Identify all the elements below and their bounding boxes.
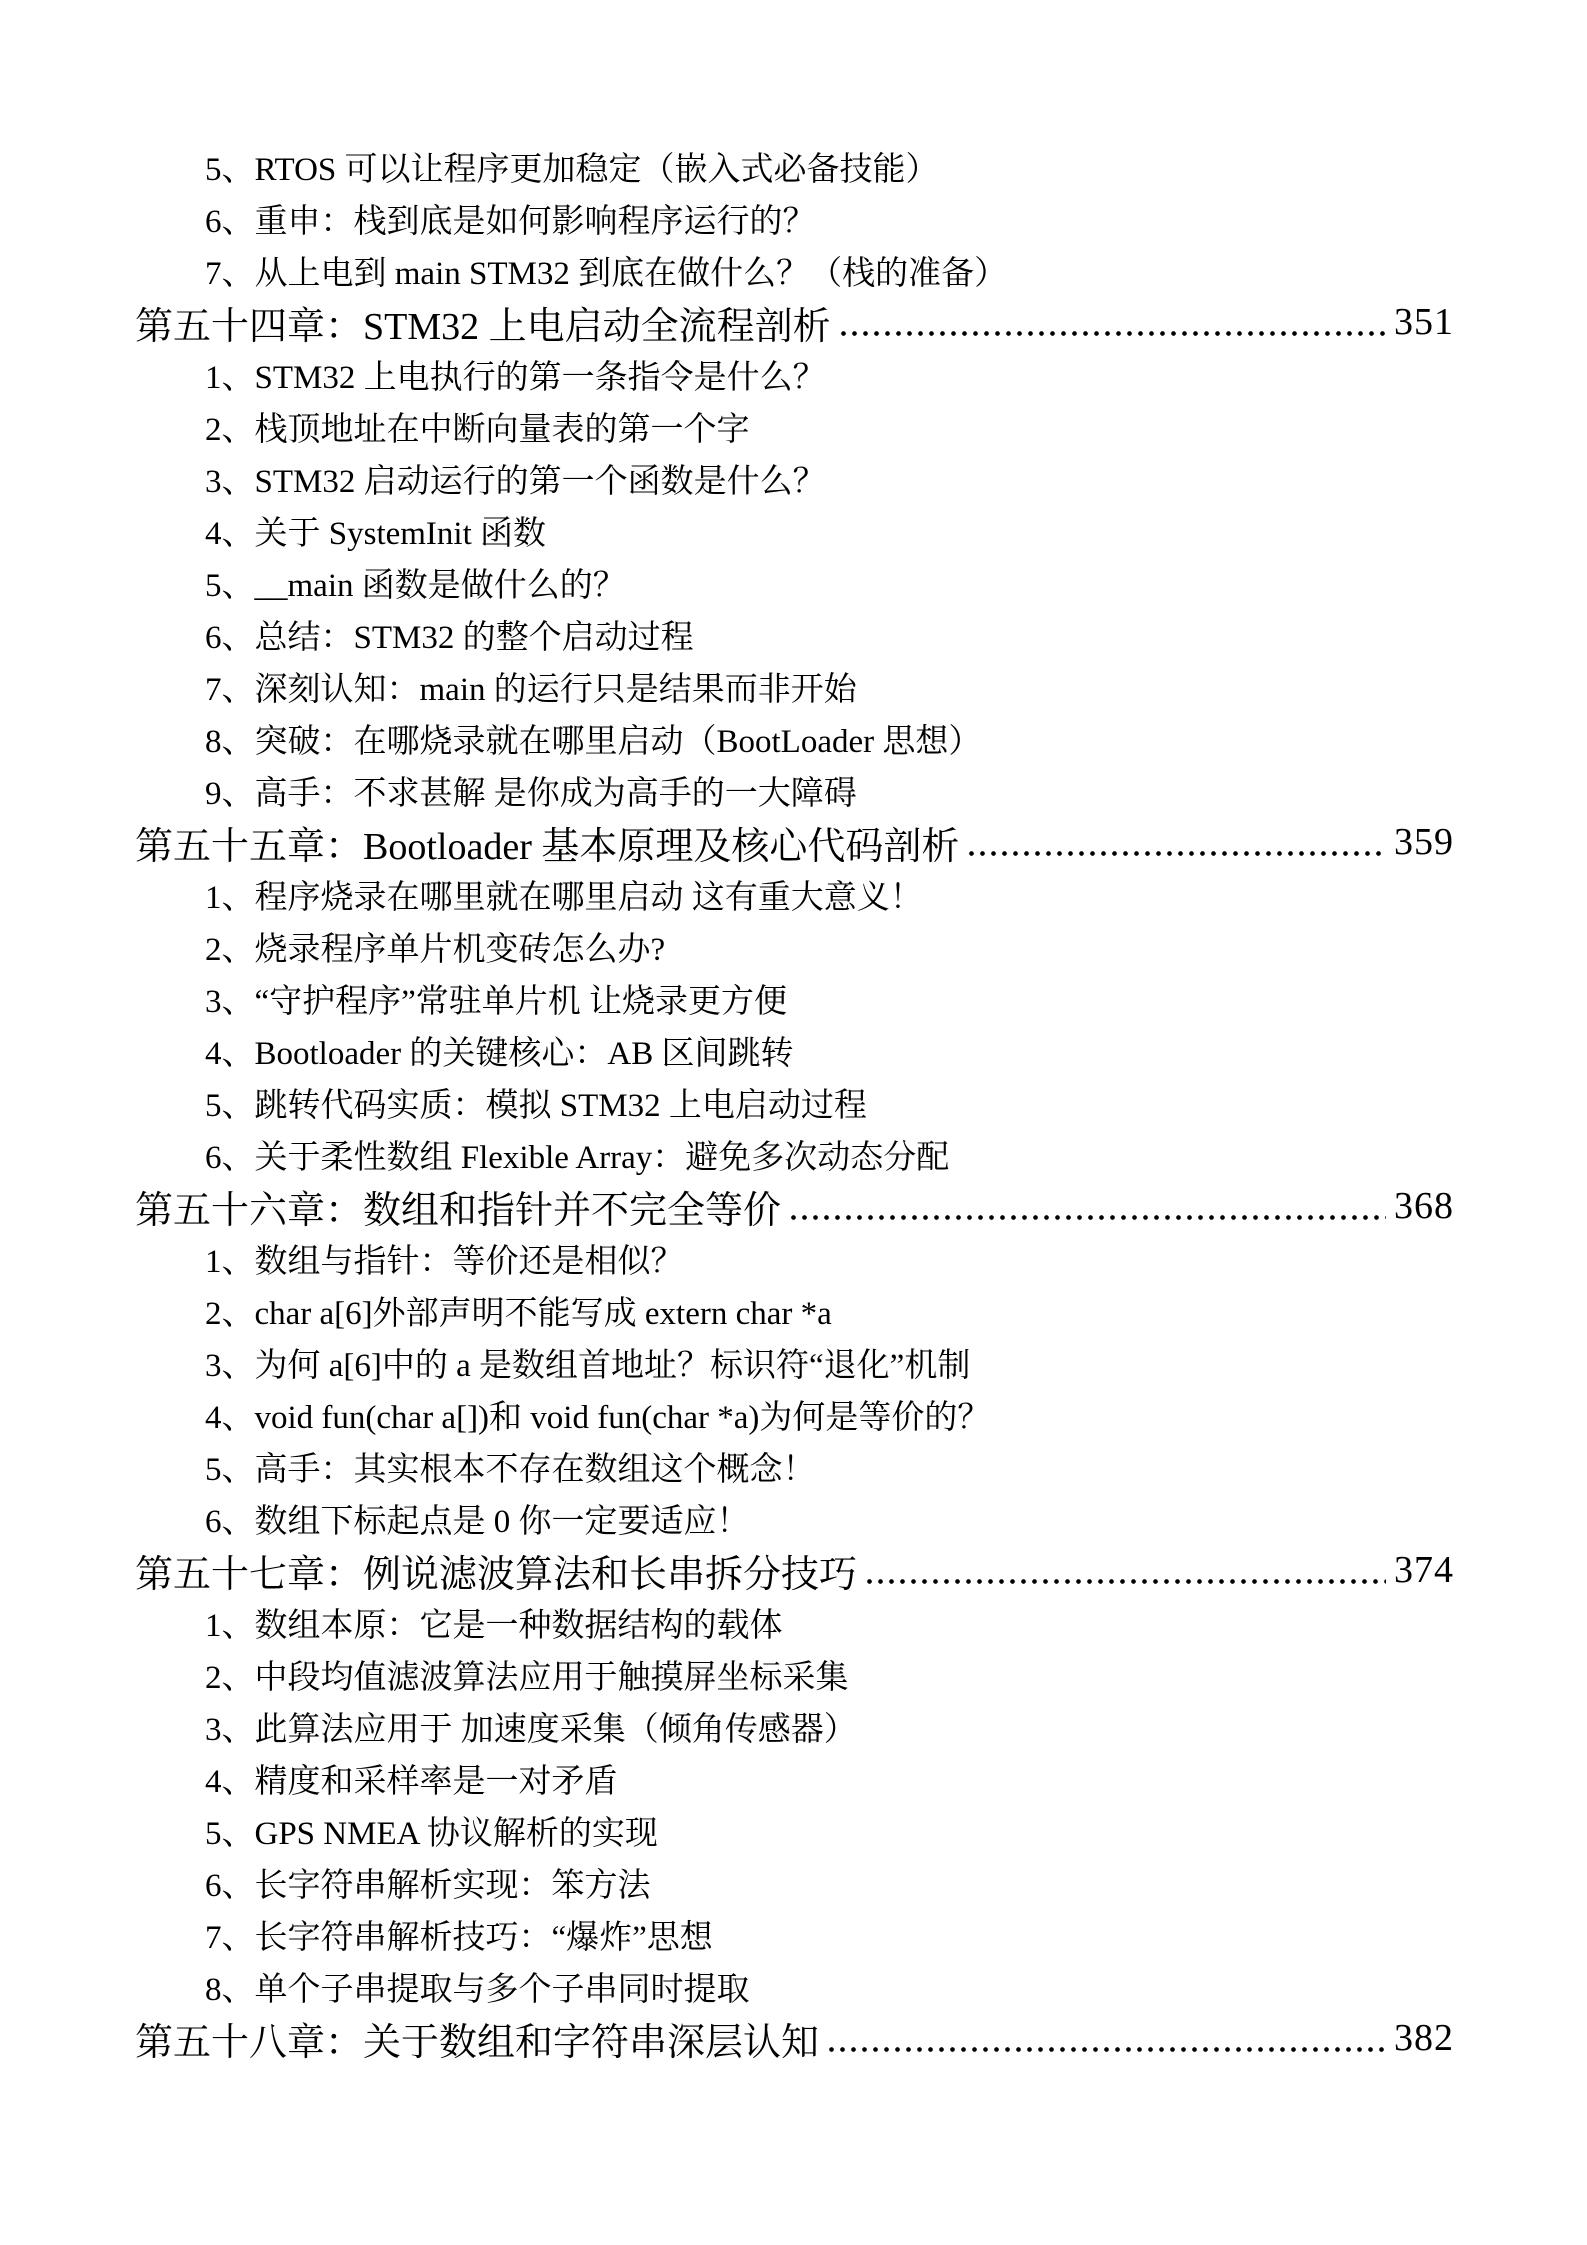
toc-item-label: 6、数组下标起点是 0 你一定要适应！ — [205, 1495, 750, 1542]
toc-item-label: 6、总结：STM32 的整个启动过程 — [205, 611, 694, 658]
toc-item: 6、数组下标起点是 0 你一定要适应！ — [135, 1492, 1454, 1544]
toc-item-label: 5、高手：其实根本不存在数组这个概念！ — [205, 1443, 816, 1490]
toc-item: 9、高手：不求甚解 是你成为高手的一大障碍 — [135, 764, 1454, 816]
toc-item: 1、数组本原：它是一种数据结构的载体 — [135, 1596, 1454, 1648]
toc-item: 7、从上电到 main STM32 到底在做什么？（栈的准备） — [135, 244, 1454, 296]
dot-leader — [867, 1579, 1386, 1585]
chapter-page-number: 359 — [1394, 820, 1454, 864]
chapter-title: 第五十四章：STM32 上电启动全流程剖析 — [135, 295, 831, 350]
toc-item: 6、关于柔性数组 Flexible Array：避免多次动态分配 — [135, 1128, 1454, 1180]
toc-chapter-entry-55: 第五十五章：Bootloader 基本原理及核心代码剖析 359 — [135, 816, 1454, 868]
chapter-title: 第五十七章：例说滤波算法和长串拆分技巧 — [135, 1543, 857, 1598]
toc-item-label: 8、突破：在哪烧录就在哪里启动（BootLoader 思想） — [205, 715, 981, 762]
chapter-page-number: 368 — [1394, 1184, 1454, 1228]
toc-item: 4、精度和采样率是一对矛盾 — [135, 1752, 1454, 1804]
toc-item: 4、关于 SystemInit 函数 — [135, 504, 1454, 556]
toc-item-label: 7、深刻认知：main 的运行只是结果而非开始 — [205, 663, 857, 710]
toc-item: 8、突破：在哪烧录就在哪里启动（BootLoader 思想） — [135, 712, 1454, 764]
toc-item: 6、重申：栈到底是如何影响程序运行的？ — [135, 192, 1454, 244]
toc-item-label: 7、长字符串解析技巧：“爆炸”思想 — [205, 1911, 713, 1958]
toc-chapter-entry-56: 第五十六章：数组和指针并不完全等价 368 — [135, 1180, 1454, 1232]
toc-item: 3、此算法应用于 加速度采集（倾角传感器） — [135, 1700, 1454, 1752]
toc-item-label: 4、精度和采样率是一对矛盾 — [205, 1755, 618, 1802]
toc-item-label: 5、跳转代码实质：模拟 STM32 上电启动过程 — [205, 1079, 867, 1126]
toc-item-label: 5、__main 函数是做什么的？ — [205, 559, 626, 606]
toc-item: 5、跳转代码实质：模拟 STM32 上电启动过程 — [135, 1076, 1454, 1128]
toc-item: 2、栈顶地址在中断向量表的第一个字 — [135, 400, 1454, 452]
chapter-page-number: 351 — [1394, 300, 1454, 344]
toc-chapter-entry-54: 第五十四章：STM32 上电启动全流程剖析 351 — [135, 296, 1454, 348]
chapter-title: 第五十五章：Bootloader 基本原理及核心代码剖析 — [135, 815, 959, 870]
toc-item-label: 3、“守护程序”常驻单片机 让烧录更方便 — [205, 975, 787, 1022]
toc-item: 1、STM32 上电执行的第一条指令是什么？ — [135, 348, 1454, 400]
toc-item: 6、长字符串解析实现：笨方法 — [135, 1856, 1454, 1908]
chapter-page-number: 382 — [1394, 2016, 1454, 2060]
toc-item-label: 8、单个子串提取与多个子串同时提取 — [205, 1963, 750, 2010]
dot-leader — [791, 1215, 1386, 1221]
toc-item: 6、总结：STM32 的整个启动过程 — [135, 608, 1454, 660]
toc-item: 2、中段均值滤波算法应用于触摸屏坐标采集 — [135, 1648, 1454, 1700]
toc-item: 3、“守护程序”常驻单片机 让烧录更方便 — [135, 972, 1454, 1024]
toc-item-label: 4、Bootloader 的关键核心：AB 区间跳转 — [205, 1027, 793, 1074]
toc-item-label: 1、数组与指针：等价还是相似？ — [205, 1235, 684, 1282]
toc-item: 5、RTOS 可以让程序更加稳定（嵌入式必备技能） — [135, 140, 1454, 192]
toc-item: 2、烧录程序单片机变砖怎么办? — [135, 920, 1454, 972]
toc-item: 1、程序烧录在哪里就在哪里启动 这有重大意义！ — [135, 868, 1454, 920]
toc-item-label: 2、中段均值滤波算法应用于触摸屏坐标采集 — [205, 1651, 849, 1698]
toc-item-label: 1、STM32 上电执行的第一条指令是什么？ — [205, 351, 826, 398]
toc-item-label: 3、STM32 启动运行的第一个函数是什么？ — [205, 455, 826, 502]
toc-item: 7、深刻认知：main 的运行只是结果而非开始 — [135, 660, 1454, 712]
toc-item: 3、STM32 启动运行的第一个函数是什么？ — [135, 452, 1454, 504]
dot-leader — [969, 851, 1386, 857]
toc-item-label: 3、为何 a[6]中的 a 是数组首地址？标识符“退化”机制 — [205, 1339, 970, 1386]
toc-item: 1、数组与指针：等价还是相似？ — [135, 1232, 1454, 1284]
toc-item: 4、void fun(char a[])和 void fun(char *a)为… — [135, 1388, 1454, 1440]
toc-chapter-entry-57: 第五十七章：例说滤波算法和长串拆分技巧 374 — [135, 1544, 1454, 1596]
toc-item-label: 4、关于 SystemInit 函数 — [205, 507, 546, 554]
table-of-contents: 5、RTOS 可以让程序更加稳定（嵌入式必备技能） 6、重申：栈到底是如何影响程… — [135, 140, 1454, 2064]
toc-item-label: 1、数组本原：它是一种数据结构的载体 — [205, 1599, 783, 1646]
toc-item: 4、Bootloader 的关键核心：AB 区间跳转 — [135, 1024, 1454, 1076]
toc-item: 5、GPS NMEA 协议解析的实现 — [135, 1804, 1454, 1856]
toc-item-label: 4、void fun(char a[])和 void fun(char *a)为… — [205, 1391, 990, 1438]
toc-item: 7、长字符串解析技巧：“爆炸”思想 — [135, 1908, 1454, 1960]
toc-item-label: 9、高手：不求甚解 是你成为高手的一大障碍 — [205, 767, 857, 814]
toc-item-label: 6、重申：栈到底是如何影响程序运行的？ — [205, 195, 816, 242]
toc-item: 3、为何 a[6]中的 a 是数组首地址？标识符“退化”机制 — [135, 1336, 1454, 1388]
toc-item-label: 5、GPS NMEA 协议解析的实现 — [205, 1807, 658, 1854]
toc-item-label: 2、栈顶地址在中断向量表的第一个字 — [205, 403, 750, 450]
toc-item-label: 3、此算法应用于 加速度采集（倾角传感器） — [205, 1703, 857, 1750]
dot-leader — [829, 2047, 1386, 2053]
toc-item-label: 5、RTOS 可以让程序更加稳定（嵌入式必备技能） — [205, 143, 939, 190]
toc-item: 5、__main 函数是做什么的？ — [135, 556, 1454, 608]
toc-item-label: 6、长字符串解析实现：笨方法 — [205, 1859, 651, 1906]
toc-item-label: 1、程序烧录在哪里就在哪里启动 这有重大意义！ — [205, 871, 923, 918]
dot-leader — [841, 331, 1386, 337]
document-page: 5、RTOS 可以让程序更加稳定（嵌入式必备技能） 6、重申：栈到底是如何影响程… — [0, 0, 1587, 2245]
toc-item-label: 7、从上电到 main STM32 到底在做什么？（栈的准备） — [205, 247, 1007, 294]
toc-item-label: 6、关于柔性数组 Flexible Array：避免多次动态分配 — [205, 1131, 949, 1178]
toc-item: 8、单个子串提取与多个子串同时提取 — [135, 1960, 1454, 2012]
toc-item-label: 2、char a[6]外部声明不能写成 extern char *a — [205, 1287, 832, 1334]
toc-item: 2、char a[6]外部声明不能写成 extern char *a — [135, 1284, 1454, 1336]
chapter-title: 第五十八章：关于数组和字符串深层认知 — [135, 2011, 819, 2066]
toc-item: 5、高手：其实根本不存在数组这个概念！ — [135, 1440, 1454, 1492]
chapter-title: 第五十六章：数组和指针并不完全等价 — [135, 1179, 781, 1234]
toc-item-label: 2、烧录程序单片机变砖怎么办? — [205, 923, 665, 970]
chapter-page-number: 374 — [1394, 1548, 1454, 1592]
toc-chapter-entry-58: 第五十八章：关于数组和字符串深层认知 382 — [135, 2012, 1454, 2064]
